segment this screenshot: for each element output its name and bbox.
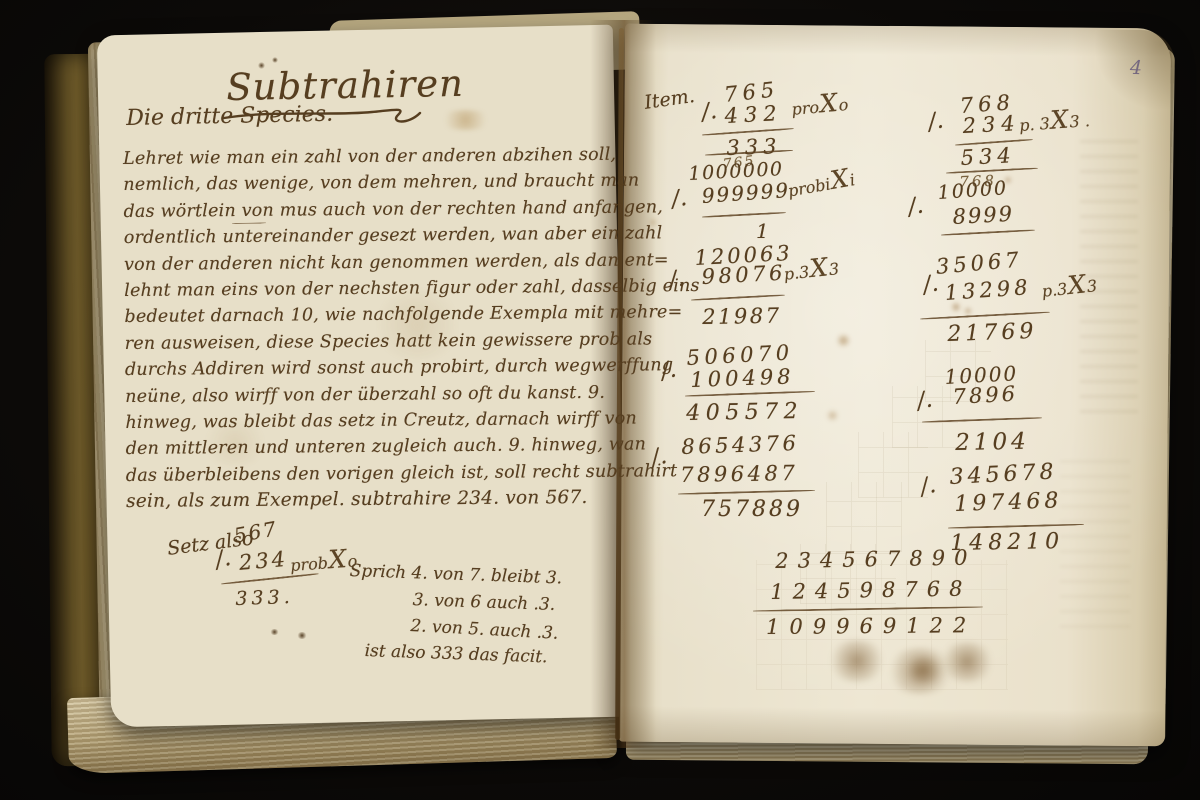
proof-mark-text: prob — [290, 553, 329, 575]
ex11-minuend: 234567890 — [775, 545, 977, 573]
ex6-result: 534 — [960, 143, 1016, 170]
proof-mark-cross: X — [817, 88, 839, 119]
ink-smudge — [938, 642, 996, 682]
ink-dot — [270, 629, 279, 635]
title-flourish-dot — [272, 57, 278, 63]
ex1-subtrahend: 432 — [724, 101, 783, 128]
body-text: Lehret wie man ein zahl von der anderen … — [123, 141, 702, 515]
proof-mark-text: p.3 — [783, 262, 810, 284]
proof-mark-text: 3 — [1086, 276, 1098, 296]
proof-mark-text: p.3 — [1041, 279, 1068, 301]
ink-smudge — [826, 640, 888, 682]
ink-smudge — [904, 656, 946, 684]
ex5-subtrahend: 7896487 — [680, 461, 798, 487]
ex8-proof-cross: p.3X3 — [1040, 268, 1098, 303]
ex8-result: 21769 — [947, 319, 1038, 347]
ex9-subtrahend: 7896 — [952, 382, 1019, 409]
ex10-subtrahend: 197468 — [954, 488, 1063, 517]
body-text-line: sein, als zum Exempel. subtrahire 234. v… — [126, 484, 702, 515]
ex3-result: 21987 — [702, 304, 782, 329]
ex6-proof-cross: p. 3X3 . — [1018, 103, 1091, 137]
proof-mark-text: p. 3 — [1019, 114, 1051, 135]
ex2-result: 1 — [756, 219, 769, 243]
proof-mark-text: pro — [791, 98, 820, 119]
ex4-result: 405572 — [686, 399, 803, 426]
proof-mark-text: 3 — [828, 259, 840, 279]
proof-mark-text: o — [838, 95, 849, 115]
ink-dot — [297, 632, 307, 639]
ex6-subtrahend: 234 — [962, 111, 1021, 138]
ex3-subtrahend: 98076 — [701, 261, 786, 289]
ex7-subtrahend: 8999 — [952, 202, 1015, 229]
ex5-result: 757889 — [701, 497, 803, 522]
ex3-proof-cross: p.3X3 — [782, 251, 840, 286]
title-flourish-dot — [258, 62, 265, 69]
proof-mark-cross: X — [807, 252, 830, 283]
ex1-proof-cross: proXo — [790, 87, 849, 121]
ex11-result: 109969122 — [766, 613, 976, 639]
proof-cross-mark: probXo — [289, 543, 358, 577]
page-number: 4 — [1130, 57, 1143, 79]
ex11-subtrahend: 124598768 — [770, 576, 972, 604]
manuscript-photo: Subtrahiren Die dritte Species. Lehret w… — [0, 0, 1200, 800]
ex9-result: 2104 — [955, 429, 1030, 456]
example-result: 333. — [235, 586, 294, 610]
proof-mark-text: 3 . — [1069, 111, 1091, 131]
proof-mark-cross: X — [827, 163, 852, 195]
example-subtrahend: 234 — [238, 547, 289, 575]
ex5-minuend: 8654376 — [681, 431, 800, 459]
proof-mark-cross: X — [327, 544, 349, 574]
ex4-subtrahend: 100498 — [690, 364, 795, 392]
page-subtitle: Die dritte Species. — [126, 102, 333, 131]
proof-mark-cross: X — [1065, 269, 1088, 300]
proof-mark-cross: X — [1049, 104, 1071, 134]
